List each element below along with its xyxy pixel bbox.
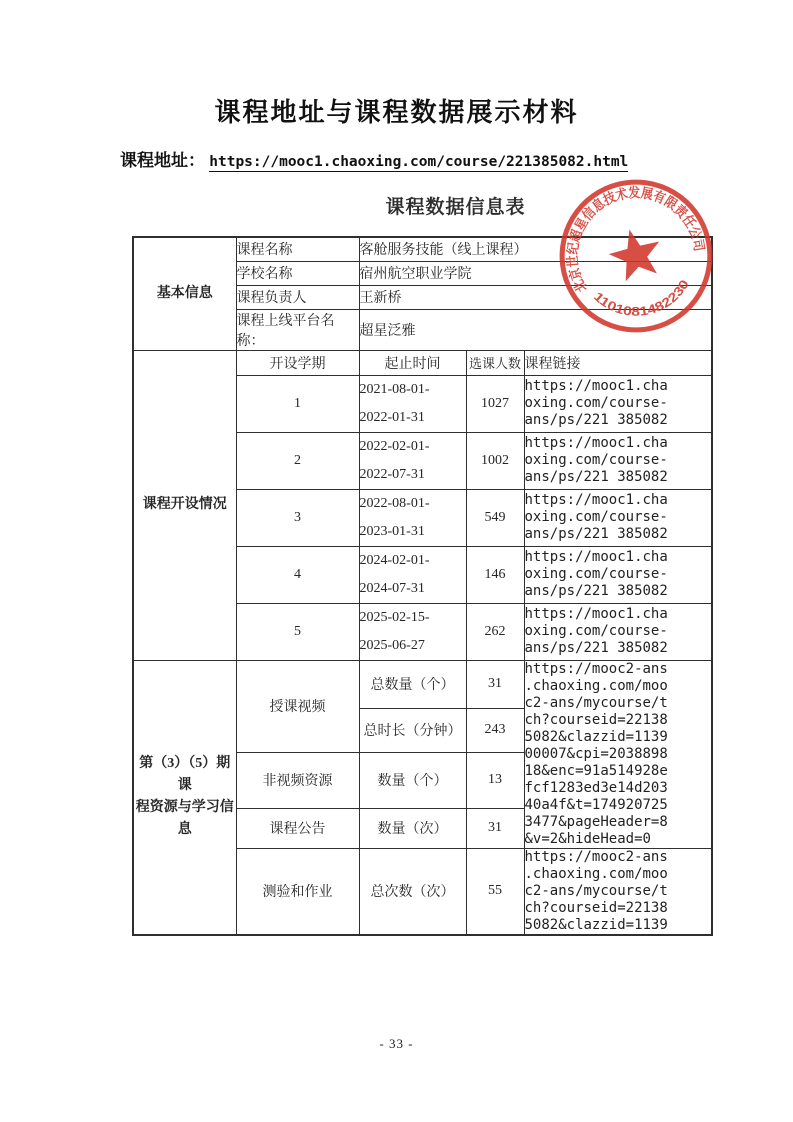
course-data-table: 基本信息 课程名称 客舱服务技能（线上课程） 学校名称 宿州航空职业学院 课程负… [132,236,713,936]
semester-link: https://mooc1.cha oxing.com/course- ans/… [524,603,712,660]
section-resources: 第（3）（5）期课 程资源与学习信 息 [133,660,236,935]
semester-term: 5 [236,603,359,660]
semester-dates: 2022-08-01- 2023-01-31 [359,489,466,546]
resource-category: 测验和作业 [236,848,359,935]
semester-term: 3 [236,489,359,546]
resource-category: 授课视频 [236,660,359,752]
resource-metric: 总时长（分钟） [359,708,466,752]
section-semesters: 课程开设情况 [133,350,236,660]
semester-link: https://mooc1.cha oxing.com/course- ans/… [524,546,712,603]
resource-value: 13 [466,752,524,808]
semester-students: 549 [466,489,524,546]
document-page: 课程地址与课程数据展示材料 课程地址： https://mooc1.chaoxi… [0,0,793,1122]
resources-link: https://mooc2-ans .chaoxing.com/moo c2-a… [524,660,712,848]
resource-metric: 数量（个） [359,752,466,808]
course-address-url[interactable]: https://mooc1.chaoxing.com/course/221385… [209,154,628,172]
resource-metric: 数量（次） [359,808,466,848]
page-number: - 33 - [0,1036,793,1052]
semester-dates: 2022-02-01- 2022-07-31 [359,432,466,489]
resource-value: 31 [466,808,524,848]
resource-metric: 总数量（个） [359,660,466,708]
resource-metric: 总次数（次） [359,848,466,935]
semester-students: 262 [466,603,524,660]
semester-dates: 2021-08-01- 2022-01-31 [359,375,466,432]
semester-students: 1027 [466,375,524,432]
basic-value: 王新桥 [359,285,712,309]
basic-label: 课程负责人 [236,285,359,309]
semester-link: https://mooc1.cha oxing.com/course- ans/… [524,489,712,546]
table-row: 基本信息 课程名称 客舱服务技能（线上课程） [133,237,712,261]
quiz-link: https://mooc2-ans .chaoxing.com/moo c2-a… [524,848,712,935]
resource-value: 55 [466,848,524,935]
semester-students: 1002 [466,432,524,489]
semester-dates: 2024-02-01- 2024-07-31 [359,546,466,603]
basic-value: 超星泛雅 [359,309,712,350]
table-title: 课程数据信息表 [118,192,793,219]
header-link: 课程链接 [524,350,712,375]
basic-value: 宿州航空职业学院 [359,261,712,285]
table-row: 第（3）（5）期课 程资源与学习信 息 授课视频 总数量（个） 31 https… [133,660,712,708]
header-students: 选课人数 [466,350,524,375]
semester-term: 1 [236,375,359,432]
section-basic-info: 基本信息 [133,237,236,350]
basic-label: 学校名称 [236,261,359,285]
course-address-label: 课程地址： [120,151,205,170]
basic-label: 课程名称 [236,237,359,261]
header-dates: 起止时间 [359,350,466,375]
semester-dates: 2025-02-15- 2025-06-27 [359,603,466,660]
course-address-line: 课程地址： https://mooc1.chaoxing.com/course/… [120,146,793,171]
resource-value: 31 [466,660,524,708]
table-header-row: 课程开设情况 开设学期 起止时间 选课人数 课程链接 [133,350,712,375]
header-term: 开设学期 [236,350,359,375]
semester-term: 4 [236,546,359,603]
semester-link: https://mooc1.cha oxing.com/course- ans/… [524,432,712,489]
semester-students: 146 [466,546,524,603]
resource-value: 243 [466,708,524,752]
basic-label: 课程上线平台名称： [236,309,359,350]
semester-term: 2 [236,432,359,489]
resource-category: 非视频资源 [236,752,359,808]
resource-category: 课程公告 [236,808,359,848]
page-title: 课程地址与课程数据展示材料 [0,0,793,129]
basic-value: 客舱服务技能（线上课程） [359,237,712,261]
semester-link: https://mooc1.cha oxing.com/course- ans/… [524,375,712,432]
